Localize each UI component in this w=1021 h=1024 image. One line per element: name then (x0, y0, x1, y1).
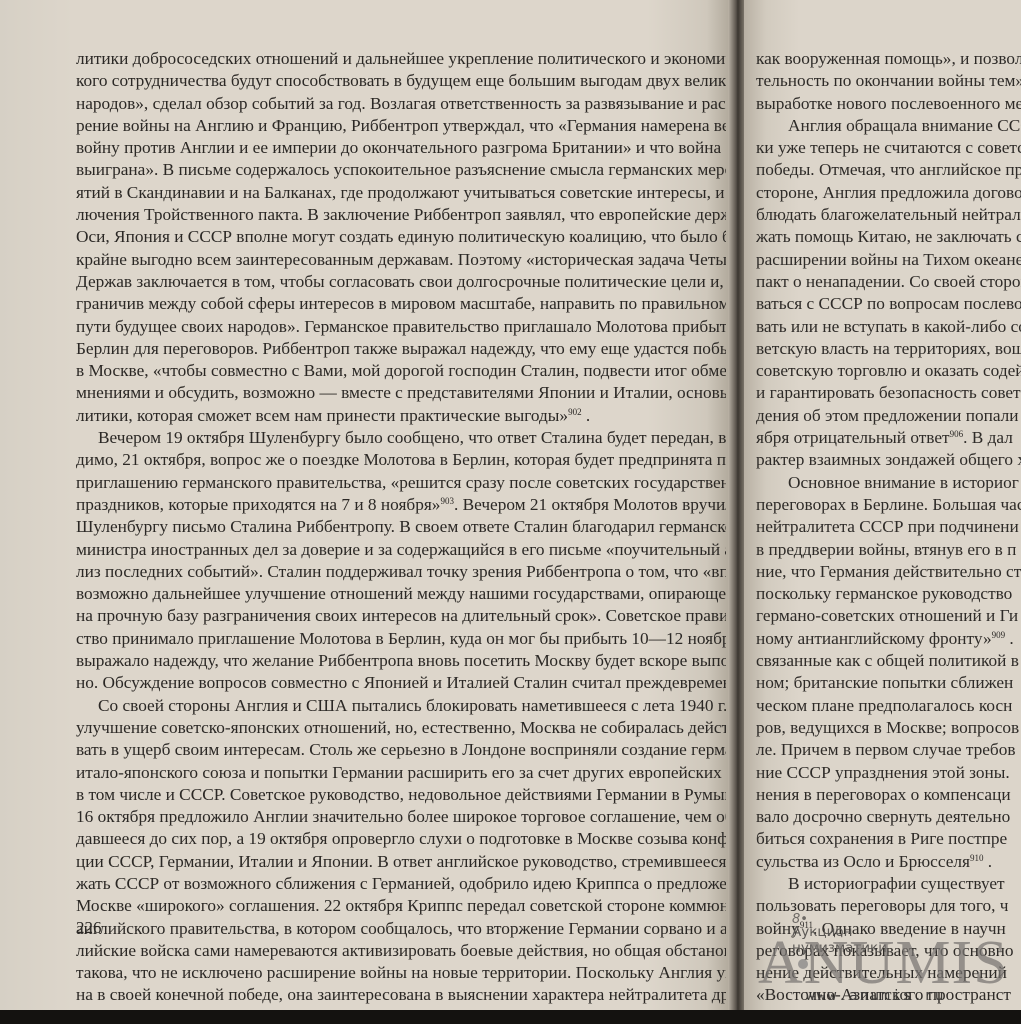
text-line-content: ября отрицательный ответ (756, 428, 950, 447)
text-line: министра иностранных дел за доверие и за… (76, 539, 726, 561)
text-line: жать помощь Китаю, не заключать с (756, 226, 1021, 248)
footnote-ref: 902 (568, 407, 582, 417)
text-line: на прочную базу разграничения своих инте… (76, 605, 726, 627)
text-line: ние СССР упразднения этой зоны. (756, 762, 1021, 784)
book-spread: литики добрососедских отношений и дальне… (0, 0, 1021, 1010)
text-line: Оси, Япония и СССР вполне могут создать … (76, 226, 726, 248)
right-page-body: как вооруженная помощь», и позволи тельн… (756, 48, 1021, 1010)
text-line: рение войны на Англию и Францию, Риббент… (76, 115, 726, 137)
text-line: но. Обсуждение вопросов совместно с Япон… (76, 672, 726, 694)
text-line: нейтралитета СССР при подчинени (756, 516, 1021, 538)
text-line: дения об этом предложении попали (756, 405, 1021, 427)
text-line: стороне, Англия предложила договор (756, 182, 1021, 204)
text-line: приглашению германского правительства, «… (76, 472, 726, 494)
text-line: в том числе и СССР. Советское руководств… (76, 784, 726, 806)
watermark-logo: ANUMIS (758, 932, 1009, 994)
text-line: выражало надежду, что желание Риббентроп… (76, 650, 726, 672)
text-line: связанные как с общей политикой в (756, 650, 1021, 672)
text-line: германо-советских отношений и Ги (756, 605, 1021, 627)
text-line: вало досрочно свернуть деятельно (756, 806, 1021, 828)
text-line: ветскую власть на территориях, вош (756, 338, 1021, 360)
text-line: рактер взаимных зондажей общего х (756, 449, 1021, 471)
text-line: пути будущее своих народов». Германское … (76, 316, 726, 338)
paragraph-start: Вечером 19 октября Шуленбургу было сообщ… (76, 427, 726, 449)
text-line: литики, которая сможет всем нам принести… (76, 405, 726, 427)
text-line: в преддверии войны, втянув его в п (756, 539, 1021, 561)
text-line: блюдать благожелательный нейтрали (756, 204, 1021, 226)
text-line-content: . (988, 852, 992, 871)
text-line: кого сотрудничества будут способствовать… (76, 70, 726, 92)
text-line: ному антианглийскому фронту»909 . (756, 628, 1021, 650)
text-line: войну против Англии и ее империи до окон… (76, 137, 726, 159)
text-line: 16 октября предложило Англии значительно… (76, 806, 726, 828)
footnote-ref: 909 (992, 630, 1006, 640)
text-line: как вооруженная помощь», и позволи (756, 48, 1021, 70)
text-line-content: ному антианглийскому фронту» (756, 629, 992, 648)
text-line: итало-японского союза и попытки Германии… (76, 762, 726, 784)
text-line: и гарантировать безопасность совето (756, 382, 1021, 404)
text-line: литики добрососедских отношений и дальне… (76, 48, 726, 70)
text-line-content: но. Обсуждение вопросов совместно с Япон… (76, 673, 726, 692)
footnote-ref: 906 (950, 429, 964, 439)
text-line: на в своей конечной победе, она заинтере… (76, 984, 726, 1006)
watermark-url: www.anumis.ru (806, 988, 946, 1004)
text-line: сульства из Осло и Брюсселя910 . (756, 851, 1021, 873)
text-line: нения в переговорах о компенсаци (756, 784, 1021, 806)
text-line-content: литики, которая сможет всем нам принести… (76, 406, 568, 425)
text-line-content: праздников, которые приходятся на 7 и 8 … (76, 495, 440, 514)
text-line: ческом плане предполагалось косн (756, 695, 1021, 717)
text-line: граничив между собой сферы интересов в м… (76, 293, 726, 315)
text-line-content: . В дал (963, 428, 1013, 447)
text-line: английского правительства, в котором соо… (76, 918, 726, 940)
text-line: улучшение советско-японских отношений, н… (76, 717, 726, 739)
text-line-content: . (1009, 629, 1013, 648)
text-line: расширении войны на Тихом океане (756, 249, 1021, 271)
text-line: биться сохранения в Риге постпре (756, 828, 1021, 850)
text-line: ваться с СССР по вопросам послевое (756, 293, 1021, 315)
text-line: возможно дальнейшее улучшение отношений … (76, 583, 726, 605)
text-line: давшееся до сих пор, а 19 октября опрове… (76, 828, 726, 850)
text-line: народов», сделал обзор событий за год. В… (76, 93, 726, 115)
footnote-ref: 910 (970, 853, 984, 863)
text-line: ятий в Скандинавии и на Балканах, где пр… (76, 182, 726, 204)
text-line: такова, что не исключено расширение войн… (76, 962, 726, 984)
text-line: советскую торговлю и оказать содейст (756, 360, 1021, 382)
text-line: победы. Отмечая, что английское пра (756, 159, 1021, 181)
text-line: выиграна». В письме содержалось успокоит… (76, 159, 726, 181)
text-line: переговорах в Берлине. Большая час (756, 494, 1021, 516)
text-line: праздников, которые приходятся на 7 и 8 … (76, 494, 726, 516)
paragraph-start: Со своей стороны Англия и США пытались б… (76, 695, 726, 717)
text-line: вать в ущерб своим интересам. Столь же с… (76, 739, 726, 761)
text-line: ле. Причем в первом случае требов (756, 739, 1021, 761)
footnote-ref: 903 (440, 496, 454, 506)
text-line: ции СССР, Германии, Италии и Японии. В о… (76, 851, 726, 873)
text-line-content: . Вечером 21 октября Молотов вручил (454, 495, 726, 514)
text-line: лийские войска сами намереваются активиз… (76, 940, 726, 962)
page-number: 226 (76, 918, 102, 938)
text-line: Берлин для переговоров. Риббентроп также… (76, 338, 726, 360)
text-line: поскольку германское руководство (756, 583, 1021, 605)
text-line: лиз последних событий». Сталин поддержив… (76, 561, 726, 583)
scanner-edge (0, 1010, 1021, 1024)
text-line: ство принимало приглашение Молотова в Бе… (76, 628, 726, 650)
paragraph-start: Англия обращала внимание ССС (756, 115, 1021, 137)
text-line: ки уже теперь не считаются с советски (756, 137, 1021, 159)
text-line: жать СССР от возможного сближения с Герм… (76, 873, 726, 895)
text-line: лючения Тройственного пакта. В заключени… (76, 204, 726, 226)
text-line: тельность по окончании войны тем», к (756, 70, 1021, 92)
text-line: ров, ведущихся в Москве; вопросов (756, 717, 1021, 739)
right-page: как вооруженная помощь», и позволи тельн… (744, 0, 1021, 1010)
text-line: Москве «широкого» соглашения. 22 октября… (76, 895, 726, 917)
text-line: пакт о ненападении. Со своей сторон (756, 271, 1021, 293)
text-line-content: сульства из Осло и Брюсселя (756, 852, 970, 871)
text-line: ние, что Германия действительно ст (756, 561, 1021, 583)
text-line: вать или не вступать в какой-либо со (756, 316, 1021, 338)
text-line: димо, 21 октября, вопрос же о поездке Мо… (76, 449, 726, 471)
text-line: ября отрицательный ответ906. В дал (756, 427, 1021, 449)
text-line: крайне выгодно всем заинтересованным дер… (76, 249, 726, 271)
text-line: Держав заключается в том, чтобы согласов… (76, 271, 726, 293)
paragraph-start: Основное внимание в историог (756, 472, 1021, 494)
text-line: мнениями и обсудить, возможно — вместе с… (76, 382, 726, 404)
left-page: литики добрососедских отношений и дальне… (0, 0, 736, 1010)
text-line: ном; британские попытки сближен (756, 672, 1021, 694)
text-line: выработке нового послевоенного меж (756, 93, 1021, 115)
left-page-body: литики добрососедских отношений и дальне… (76, 48, 726, 1010)
text-line: в Москве, «чтобы совместно с Вами, мой д… (76, 360, 726, 382)
text-line: Шуленбургу письмо Сталина Риббентропу. В… (76, 516, 726, 538)
paragraph-start: В историографии существует (756, 873, 1021, 895)
